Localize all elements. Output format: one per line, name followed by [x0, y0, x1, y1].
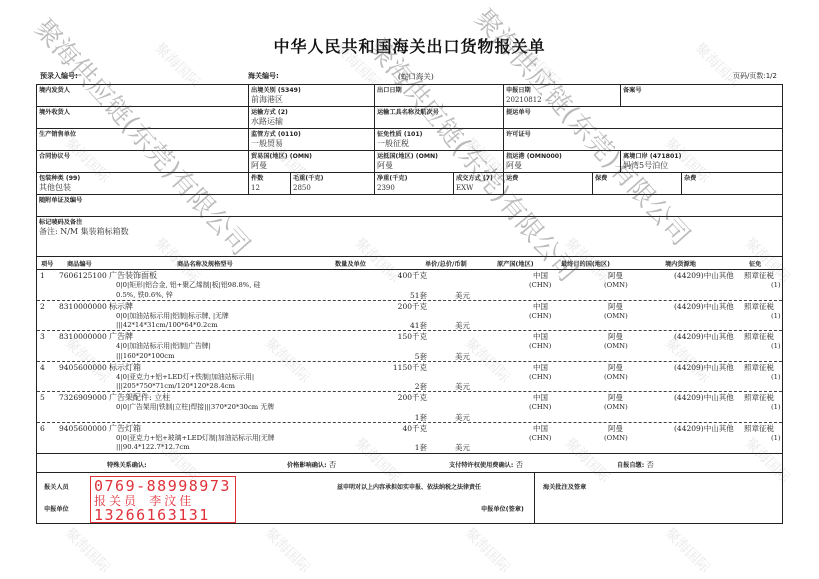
item-name: 标示牌	[109, 302, 133, 312]
customs-no-label: 海关编号:	[248, 71, 279, 81]
gross-weight-value: 2850	[293, 183, 372, 193]
transaction-mode-label: 成交方式 (7)	[456, 174, 501, 183]
item-levy-code: (1)	[771, 342, 781, 352]
item-destination-code: (OMN)	[604, 373, 628, 383]
exit-customs-value: 前海港区	[251, 95, 372, 105]
item-levy-code: (1)	[771, 434, 781, 444]
supervision-mode-value: 一般贸易	[251, 139, 372, 149]
item-name: 广告装饰面板	[109, 271, 157, 281]
record-no-label: 备案号	[623, 86, 780, 95]
goods-row: 1 7606125100 广告装饰面板 0|0|矩形|铝合金, 铝+聚乙烯制|板…	[37, 270, 782, 301]
overseas-consignee-label: 境外收货人	[39, 108, 246, 117]
attached-docs-label: 随附单证及编号	[39, 196, 780, 205]
marks-cell: 标记唛码及备注 备注: N/M 集装箱标箱数	[37, 217, 782, 256]
item-destination: 阿曼	[608, 424, 623, 434]
pre-entry-no-label: 预录入编号:	[40, 71, 78, 81]
item-levy-code: (1)	[771, 281, 781, 291]
document-title: 中华人民共和国海关出口货物报关单	[0, 34, 819, 57]
item-qty-legal: 40千克	[402, 424, 427, 434]
item-origin: 中国	[533, 393, 548, 403]
item-qty-legal: 1150千克	[393, 363, 427, 373]
exit-customs-label: 出境关别 (5349)	[251, 86, 372, 95]
item-origin-code: (CHN)	[529, 403, 551, 413]
page-indicator: 页码/页数:1/2	[733, 71, 777, 81]
pieces-label: 件数	[251, 174, 288, 183]
customs-office: (蛇口海关)	[398, 71, 434, 82]
item-name: 标示灯箱	[109, 363, 141, 373]
item-code: 7606125100	[59, 271, 107, 281]
item-no: 2	[40, 302, 45, 312]
item-qty-declared: 2套	[415, 382, 427, 392]
levy-nature-value: 一般征税	[377, 139, 501, 149]
item-code: 8310000000	[59, 302, 107, 312]
item-origin-code: (CHN)	[529, 342, 551, 352]
confirmations-row: 特殊关系确认: 价格影响确认: 否 支付特许权使用费确认: 否 自报自缴: 否	[37, 453, 782, 473]
item-source: (44209)中山其他	[674, 302, 734, 312]
attached-docs-row: 随附单证及编号	[37, 195, 782, 217]
package-type-cell: 包装种类 (99) 其他包装	[37, 173, 249, 194]
insurance-label: 保费	[595, 174, 679, 183]
overseas-consignee-cell: 境外收货人	[37, 107, 249, 128]
item-no: 1	[40, 271, 45, 281]
producer-cell: 生产销售单位	[37, 129, 249, 150]
item-levy: 照章征税	[744, 363, 774, 373]
goods-table-header: 项号 商品编号 商品名称及规格型号 数量及单位 单价/总价/币制 原产国(地区)…	[37, 256, 782, 270]
watermark-tile: 聚海国际	[461, 523, 515, 577]
item-spec-2: 0.5%, 铁0.6%, 锌	[116, 291, 173, 301]
stamp-phone: 0769-88998973	[94, 479, 232, 494]
marks-value: 备注: N/M 集装箱标箱数	[39, 227, 780, 237]
item-levy: 照章征税	[744, 393, 774, 403]
bill-no-label: 提运单号	[506, 108, 780, 117]
misc-fee-cell: 杂费	[682, 173, 782, 194]
item-origin-code: (CHN)	[529, 312, 551, 322]
item-origin: 中国	[533, 424, 548, 434]
item-levy: 照章征税	[744, 424, 774, 434]
item-spec-1: 0|0|亚克力+铝+玻璃+LED灯制|加油站标示用|无牌	[116, 434, 275, 444]
net-weight-value: 2390	[377, 183, 451, 193]
customs-approval-label: 海关批注及签章	[543, 483, 586, 492]
transport-mode-cell: 运输方式 (2) 水路运输	[249, 107, 375, 128]
declare-date-label: 申报日期	[506, 86, 618, 95]
form-row-2: 境外收货人 运输方式 (2) 水路运输 运输工具名称及航次号 提运单号	[37, 107, 782, 129]
item-destination-code: (OMN)	[604, 281, 628, 291]
record-no-cell: 备案号	[621, 85, 782, 106]
item-no: 6	[40, 424, 45, 434]
item-qty-legal: 200千克	[398, 302, 427, 312]
item-qty-legal: 150千克	[398, 332, 427, 342]
declaration-form: 境内发货人 出境关别 (5349) 前海港区 出口日期 申报日期 2021081…	[36, 84, 783, 524]
gross-weight-cell: 毛重(千克) 2850	[291, 173, 375, 194]
trade-country-label: 贸易国(地区) (OMN)	[251, 152, 372, 161]
watermark-tile: 聚海国际	[61, 523, 115, 577]
license-no-cell: 许可证号	[504, 129, 782, 150]
item-no: 3	[40, 332, 45, 342]
item-origin: 中国	[533, 271, 548, 281]
trade-country-cell: 贸易国(地区) (OMN) 阿曼	[249, 151, 375, 172]
attached-docs-cell: 随附单证及编号	[37, 195, 782, 216]
royalty-confirm: 支付特许权使用费确认: 否	[449, 460, 523, 470]
item-origin: 中国	[533, 363, 548, 373]
item-destination-code: (OMN)	[604, 403, 628, 413]
col-quantity: 数量及单位	[335, 259, 366, 268]
destination-country-value: 阿曼	[377, 161, 501, 171]
declare-date-value: 20210812	[506, 95, 618, 105]
item-qty-legal: 400千克	[398, 271, 427, 281]
form-row-4: 合同协议号 贸易国(地区) (OMN) 阿曼 运抵国(地区) (OMN) 阿曼 …	[37, 151, 782, 173]
net-weight-cell: 净重(千克) 2390	[375, 173, 454, 194]
item-qty-declared: 1套	[415, 443, 427, 453]
goods-table-body: 1 7606125100 广告装饰面板 0|0|矩形|铝合金, 铝+聚乙烯制|板…	[37, 270, 782, 453]
contract-no-label: 合同协议号	[39, 152, 246, 161]
watermark-tile: 聚海国际	[661, 523, 715, 577]
goods-row: 5 7326909000 广告架配件: 立柱 0|0|广告架用|铁制|立柱|焊接…	[37, 392, 782, 423]
form-row-3: 生产销售单位 监管方式 (0110) 一般贸易 征免性质 (101) 一般征税 …	[37, 129, 782, 151]
item-no: 5	[40, 393, 45, 403]
item-destination: 阿曼	[608, 393, 623, 403]
col-code: 商品编号	[67, 259, 92, 268]
col-price: 单价/总价/币制	[425, 259, 467, 268]
goods-row: 4 9405600000 标示灯箱 4|0|亚克力+铝+LED灯+铁制|加油站标…	[37, 362, 782, 393]
item-spec-1: 0|0|加油站标示用|铝制|标示牌, |无牌	[116, 312, 229, 322]
item-origin-code: (CHN)	[529, 281, 551, 291]
watermark-tile: 聚海国际	[261, 523, 315, 577]
destination-port-label: 指运港 (OMN000)	[506, 152, 618, 161]
declaring-unit-label: 申报单位	[44, 505, 69, 514]
item-origin-code: (CHN)	[529, 434, 551, 444]
exit-customs-cell: 出境关别 (5349) 前海港区	[249, 85, 375, 106]
package-type-value: 其他包装	[39, 183, 246, 193]
freight-label: 运费	[506, 174, 590, 183]
form-row-5: 包装种类 (99) 其他包装 件数 12 毛重(千克) 2850 净重(千克) …	[37, 173, 782, 195]
stamp-mobile: 13266163131	[94, 508, 232, 523]
declaring-unit-seal: 申报单位(签章)	[481, 505, 524, 514]
item-levy-code: (1)	[771, 403, 781, 413]
col-item-no: 项号	[41, 259, 53, 268]
destination-country-label: 运抵国(地区) (OMN)	[377, 152, 501, 161]
item-name: 广告灯箱	[109, 424, 141, 434]
item-destination: 阿曼	[608, 332, 623, 342]
item-levy: 照章征税	[744, 271, 774, 281]
item-name: 广告牌	[109, 332, 133, 342]
bill-no-cell: 提运单号	[504, 107, 782, 128]
goods-row: 3 8310000000 广告牌 4|0|加油站标示用|铝制|广告牌| |||1…	[37, 331, 782, 362]
item-destination-code: (OMN)	[604, 312, 628, 322]
item-name: 广告架配件: 立柱	[109, 393, 170, 403]
item-code: 8310000000	[59, 332, 107, 342]
gross-weight-label: 毛重(千克)	[293, 174, 372, 183]
item-spec-1: 4|0|加油站标示用|铝制|广告牌|	[116, 342, 211, 352]
transport-mode-value: 水路运输	[251, 117, 372, 127]
transaction-mode-value: EXW	[456, 183, 501, 193]
net-weight-label: 净重(千克)	[377, 174, 451, 183]
item-levy: 照章征税	[744, 302, 774, 312]
item-source: (44209)中山其他	[674, 332, 734, 342]
item-spec-1: 0|0|矩形|铝合金, 铝+聚乙烯制|板|铝98.8%, 硅	[116, 281, 260, 291]
item-origin: 中国	[533, 302, 548, 312]
item-qty-legal: 200千克	[398, 393, 427, 403]
misc-fee-label: 杂费	[684, 174, 780, 183]
exit-port-label: 离境口岸 (471801)	[623, 152, 780, 161]
item-levy-code: (1)	[771, 312, 781, 322]
export-date-label: 出口日期	[377, 86, 501, 95]
domestic-shipper-cell: 境内发货人	[37, 85, 249, 106]
item-qty-declared: 41套	[410, 321, 427, 331]
item-destination: 阿曼	[608, 302, 623, 312]
trade-country-value: 阿曼	[251, 161, 372, 171]
destination-port-value: 阿曼	[506, 161, 618, 171]
item-code: 7326909000	[59, 393, 107, 403]
destination-port-cell: 指运港 (OMN000) 阿曼	[504, 151, 621, 172]
contract-no-cell: 合同协议号	[37, 151, 249, 172]
item-levy-code: (1)	[771, 373, 781, 383]
col-name-spec: 商品名称及规格型号	[177, 259, 233, 268]
insurance-cell: 保费	[593, 173, 682, 194]
item-source: (44209)中山其他	[674, 271, 734, 281]
item-spec-1: 4|0|亚克力+铝+LED灯+铁制|加油站标示用|	[116, 373, 254, 383]
item-origin-code: (CHN)	[529, 373, 551, 383]
destination-country-cell: 运抵国(地区) (OMN) 阿曼	[375, 151, 504, 172]
item-origin: 中国	[533, 332, 548, 342]
freight-cell: 运费	[504, 173, 593, 194]
declarant-label: 报关人员	[44, 483, 69, 492]
footer-row: 报关人员 申报单位 0769-88998973 报关员 李汶佳 13266163…	[37, 473, 782, 523]
supervision-mode-cell: 监管方式 (0110) 一般贸易	[249, 129, 375, 150]
package-type-label: 包装种类 (99)	[39, 174, 246, 183]
pieces-value: 12	[251, 183, 288, 193]
item-currency: 美元	[455, 382, 470, 392]
transaction-mode-cell: 成交方式 (7) EXW	[454, 173, 504, 194]
item-spec-2: |||42*14*31cm/100*64*0.2cm	[116, 321, 218, 331]
goods-row: 6 9405600000 广告灯箱 0|0|亚克力+铝+玻璃+LED灯制|加油站…	[37, 423, 782, 454]
col-destination: 最终目的国(地区)	[561, 259, 610, 268]
transport-name-label: 运输工具名称及航次号	[377, 108, 501, 117]
col-source: 境内货源地	[665, 259, 696, 268]
col-levy: 征免	[749, 259, 761, 268]
levy-nature-label: 征免性质 (101)	[377, 130, 501, 139]
domestic-shipper-label: 境内发货人	[39, 86, 246, 95]
price-influence-value: 否	[329, 460, 337, 469]
license-no-label: 许可证号	[506, 130, 780, 139]
item-spec-2: |||205*750*71cm/120*120*28.4cm	[116, 382, 235, 392]
col-origin: 原产国(地区)	[497, 259, 534, 268]
item-destination: 阿曼	[608, 271, 623, 281]
item-source: (44209)中山其他	[674, 393, 734, 403]
marks-label: 标记唛码及备注	[39, 218, 780, 227]
item-destination-code: (OMN)	[604, 434, 628, 444]
transport-mode-label: 运输方式 (2)	[251, 108, 372, 117]
form-row-1: 境内发货人 出境关别 (5349) 前海港区 出口日期 申报日期 2021081…	[37, 85, 782, 107]
item-currency: 美元	[455, 291, 470, 301]
price-influence-confirm: 价格影响确认: 否	[287, 460, 336, 470]
pieces-cell: 件数 12	[249, 173, 291, 194]
declarant-section: 报关人员 申报单位 0769-88998973 报关员 李汶佳 13266163…	[37, 473, 535, 523]
self-report-confirm: 自报自缴: 否	[617, 460, 654, 470]
producer-label: 生产销售单位	[39, 130, 246, 139]
item-destination-code: (OMN)	[604, 342, 628, 352]
declaration-statement: 兹申明对以上内容承担如实申报、依法纳税之法律责任	[337, 483, 481, 492]
item-qty-declared: 51套	[410, 291, 427, 301]
item-currency: 美元	[455, 443, 470, 453]
item-currency: 美元	[455, 321, 470, 331]
customs-approval-section: 海关批注及签章	[535, 473, 782, 523]
item-source: (44209)中山其他	[674, 424, 734, 434]
item-code: 9405600000	[59, 424, 107, 434]
transport-name-cell: 运输工具名称及航次号	[375, 107, 504, 128]
marks-row: 标记唛码及备注 备注: N/M 集装箱标箱数	[37, 217, 782, 256]
goods-row: 2 8310000000 标示牌 0|0|加油站标示用|铝制|标示牌, |无牌 …	[37, 301, 782, 332]
levy-nature-cell: 征免性质 (101) 一般征税	[375, 129, 504, 150]
item-code: 9405600000	[59, 363, 107, 373]
royalty-value: 否	[516, 460, 524, 469]
self-report-value: 否	[646, 460, 654, 469]
item-spec-2: |||160*20*100cm	[116, 352, 175, 362]
supervision-mode-label: 监管方式 (0110)	[251, 130, 372, 139]
item-spec-1: 0|0|广告架用|铁制|立柱|焊接|||370*20*30cm 无牌	[116, 403, 274, 413]
item-currency: 美元	[455, 413, 470, 423]
declare-date-cell: 申报日期 20210812	[504, 85, 621, 106]
export-date-cell: 出口日期	[375, 85, 504, 106]
item-qty-declared: 1套	[415, 413, 427, 423]
item-no: 4	[40, 363, 45, 373]
declarant-stamp: 0769-88998973 报关员 李汶佳 13266163131	[90, 476, 236, 523]
item-currency: 美元	[455, 352, 470, 362]
item-source: (44209)中山其他	[674, 363, 734, 373]
special-relation-label: 特殊关系确认:	[107, 460, 147, 470]
item-qty-declared: 5套	[415, 352, 427, 362]
item-destination: 阿曼	[608, 363, 623, 373]
item-levy: 照章征税	[744, 332, 774, 342]
item-spec-2: |||90.4*122.7*12.7cm	[116, 443, 190, 453]
exit-port-cell: 离境口岸 (471801) 妈湾5号泊位	[621, 151, 782, 172]
exit-port-value: 妈湾5号泊位	[623, 161, 780, 171]
